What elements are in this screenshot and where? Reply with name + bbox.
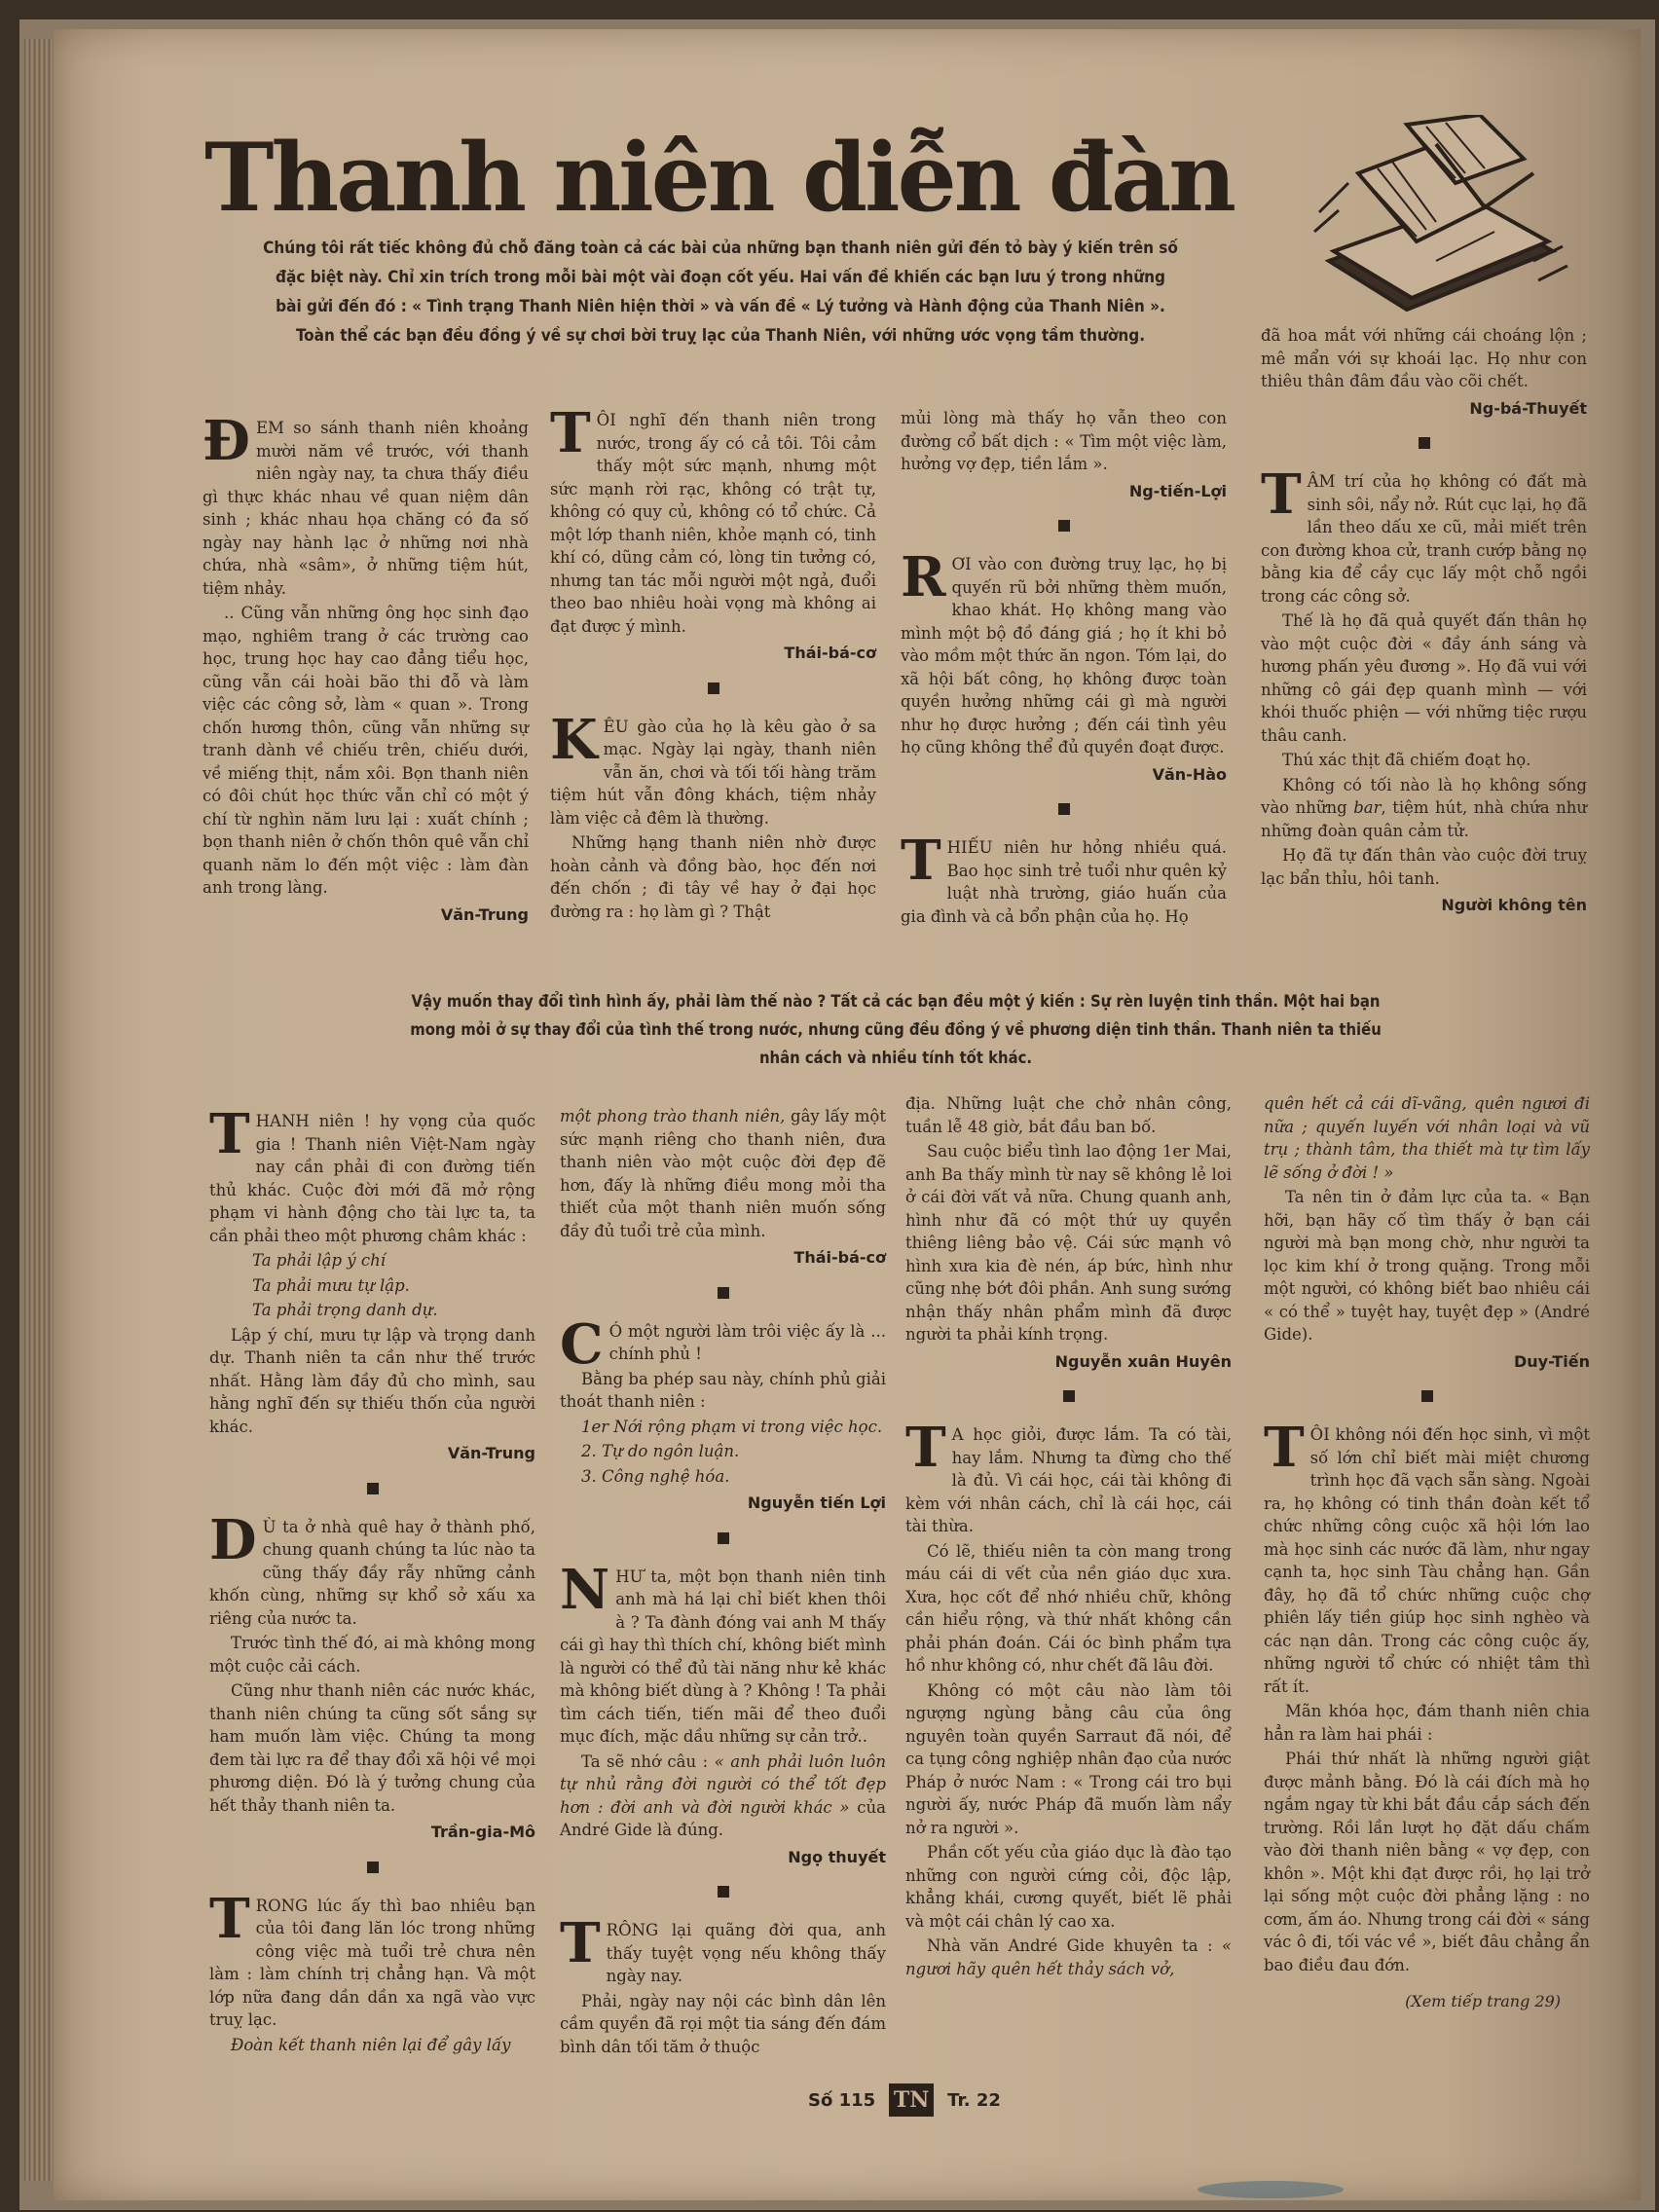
article-paragraph: Không có một câu nào làm tôi ngượng ngùn… <box>905 1679 1232 1840</box>
article-paragraph: Đoàn kết thanh niên lại để gây lấy <box>209 2034 535 2057</box>
author-signature: Văn-Trung <box>203 903 529 927</box>
author-signature: Ngọ thuyết <box>560 1846 886 1869</box>
editor-middle-note: Vậy muốn thay đổi tình hình ấy, phải làm… <box>389 987 1402 1072</box>
editor-intro: Chúng tôi rất tiếc không đủ chỗ đăng toà… <box>263 234 1178 350</box>
section-separator-icon <box>708 682 719 694</box>
article-paragraph: NHƯ ta, một bọn thanh niên tinh anh mà h… <box>560 1566 886 1749</box>
column-bottom-3: địa. Những luật che chở nhân công, tuần … <box>905 1092 1232 1982</box>
article-paragraph: TÔI nghĩ đến thanh niên trong nước, tron… <box>550 409 876 638</box>
motto-line: Ta phải mưu tự lập. <box>209 1274 535 1298</box>
article-paragraph: ĐEM so sánh thanh niên khoảng mười năm v… <box>203 417 529 600</box>
drop-cap: T <box>901 838 941 883</box>
drop-cap: T <box>560 1921 601 1966</box>
motto-line: Ta phải trọng danh dự. <box>209 1299 535 1322</box>
drop-cap: Đ <box>203 419 250 463</box>
article-paragraph: Phải, ngày nay nội các bình dân lên cầm … <box>560 1990 886 2059</box>
page-number: Tr. 22 <box>947 2090 1001 2111</box>
article-paragraph: THANH niên ! hy vọng của quốc gia ! Than… <box>209 1110 535 1247</box>
drop-cap: T <box>1261 472 1302 517</box>
author-signature: Văn-Hào <box>901 763 1227 787</box>
article-paragraph: CÓ một người làm trôi việc ấy là ... chí… <box>560 1320 886 1366</box>
article-paragraph: TA học giỏi, được lắm. Ta có tài, hay lắ… <box>905 1423 1232 1538</box>
ink-stain <box>1198 2181 1344 2198</box>
article-paragraph: Cũng như thanh niên các nước khác, thanh… <box>209 1679 535 1817</box>
author-signature: Duy-Tiến <box>1264 1350 1590 1374</box>
article-paragraph: DÙ ta ở nhà quê hay ở thành phố, chung q… <box>209 1516 535 1631</box>
magazine-logo-icon: TN <box>889 2083 934 2117</box>
author-signature: Nguyễn tiến Lợi <box>560 1492 886 1515</box>
article-paragraph: Có lẽ, thiếu niên ta còn mang trong máu … <box>905 1540 1232 1677</box>
drop-cap: T <box>550 411 591 456</box>
article-paragraph: TÔI không nói đến học sinh, vì một số lớ… <box>1264 1423 1590 1698</box>
list-item: 2. Tự do ngôn luận. <box>560 1440 886 1463</box>
section-separator-icon <box>1058 520 1070 532</box>
article-paragraph: Trước tình thế đó, ai mà không mong một … <box>209 1632 535 1677</box>
list-item: 3. Công nghệ hóa. <box>560 1465 886 1489</box>
column-top-1: ĐEM so sánh thanh niên khoảng mười năm v… <box>203 417 529 932</box>
article-paragraph: Lập ý chí, mưu tự lập và trọng danh dự. … <box>209 1324 535 1439</box>
article-paragraph: Ta sẽ nhớ câu : « anh phải luôn luôn tự … <box>560 1751 886 1842</box>
section-separator-icon <box>718 1287 729 1299</box>
article-paragraph: Thú xác thịt đã chiếm đoạt họ. <box>1261 749 1587 772</box>
section-separator-icon <box>718 1886 729 1898</box>
drop-cap: T <box>209 1897 250 1941</box>
article-paragraph: Bằng ba phép sau này, chính phủ giải tho… <box>560 1368 886 1414</box>
author-signature: Ng-bá-Thuyết <box>1261 397 1587 421</box>
continued-note: (Xem tiếp trang 29) <box>1264 1990 1590 2013</box>
author-signature: Thái-bá-cơ <box>550 642 876 665</box>
list-item: 1er Nới rộng phạm vi trong việc học. <box>560 1416 886 1439</box>
article-paragraph: địa. Những luật che chở nhân công, tuần … <box>905 1092 1232 1138</box>
article-paragraph: Họ đã tự đấn thân vào cuộc đời truỵ lạc … <box>1261 844 1587 890</box>
column-bottom-4: quên hết cả cái dĩ-vãng, quên ngươi đi n… <box>1264 1092 1590 2013</box>
drop-cap: T <box>209 1112 250 1157</box>
drop-cap: C <box>560 1322 604 1367</box>
section-separator-icon <box>718 1532 729 1544</box>
article-paragraph: mủi lòng mà thấy họ vẫn theo con đường c… <box>901 407 1227 476</box>
author-signature: Nguyễn xuân Huyên <box>905 1350 1232 1374</box>
column-top-4: đã hoa mắt với những cái choáng lộn ; mê… <box>1261 324 1587 923</box>
motto-line: Ta phải lập ý chí <box>209 1249 535 1272</box>
author-signature: Người không tên <box>1261 894 1587 917</box>
article-paragraph: THIẾU niên hư hỏng nhiều quá. Bao học si… <box>901 836 1227 928</box>
column-top-2: TÔI nghĩ đến thanh niên trong nước, tron… <box>550 409 876 925</box>
article-paragraph: Không có tối nào là họ không sống vào nh… <box>1261 774 1587 843</box>
drop-cap: N <box>560 1567 609 1612</box>
section-separator-icon <box>367 1483 379 1494</box>
drop-cap: K <box>550 718 598 762</box>
article-paragraph: .. Cũng vẫn những ông học sinh đạo mạo, … <box>203 602 529 900</box>
article-paragraph: đã hoa mắt với những cái choáng lộn ; mê… <box>1261 324 1587 393</box>
article-paragraph: RƠI vào con đường truỵ lạc, họ bị quyến … <box>901 553 1227 759</box>
author-signature: Văn-Trung <box>209 1442 535 1465</box>
article-paragraph: quên hết cả cái dĩ-vãng, quên ngươi đi n… <box>1264 1092 1590 1184</box>
issue-number: Số 115 <box>808 2090 875 2111</box>
article-paragraph: Ta nên tin ở đảm lực của ta. « Bạn hỡi, … <box>1264 1186 1590 1346</box>
article-paragraph: TRÔNG lại quãng đời qua, anh thấy tuyệt … <box>560 1919 886 1988</box>
article-paragraph: Mãn khóa học, đám thanh niên chia hẳn ra… <box>1264 1700 1590 1746</box>
article-paragraph: Thế là họ đã quả quyết đấn thân họ vào m… <box>1261 609 1587 747</box>
open-book-and-letters-icon <box>1290 115 1572 319</box>
column-bottom-1: THANH niên ! hy vọng của quốc gia ! Than… <box>209 1110 535 2058</box>
section-separator-icon <box>1421 1390 1433 1402</box>
article-paragraph: Nhà văn André Gide khuyên ta : « ngươi h… <box>905 1935 1232 1980</box>
article-paragraph: KÊU gào của họ là kêu gào ở sa mạc. Ngày… <box>550 716 876 830</box>
author-signature: Thái-bá-cơ <box>560 1246 886 1270</box>
column-top-3: mủi lòng mà thấy họ vẫn theo con đường c… <box>901 407 1227 930</box>
section-separator-icon <box>1058 803 1070 815</box>
section-separator-icon <box>1419 437 1430 449</box>
article-paragraph: Sau cuộc biểu tình lao động 1er Mai, anh… <box>905 1140 1232 1346</box>
page-footer: Số 115 TN Tr. 22 <box>808 2083 1001 2117</box>
column-bottom-2: một phong trào thanh niên, gây lấy một s… <box>560 1105 886 2060</box>
drop-cap: T <box>905 1425 946 1470</box>
author-signature: Ng-tiến-Lợi <box>901 480 1227 503</box>
section-separator-icon <box>1063 1390 1075 1402</box>
article-paragraph: TRONG lúc ấy thì bao nhiêu bạn của tôi đ… <box>209 1895 535 2032</box>
drop-cap: R <box>901 555 946 600</box>
drop-cap: D <box>209 1518 257 1563</box>
page-title: Thanh niên diễn đàn <box>204 131 1234 225</box>
page-stack-edge <box>24 39 55 2181</box>
article-paragraph: một phong trào thanh niên, gây lấy một s… <box>560 1105 886 1242</box>
article-paragraph: Phái thứ nhất là những người giật được m… <box>1264 1748 1590 1976</box>
section-separator-icon <box>367 1862 379 1873</box>
article-paragraph: Phần cốt yếu của giáo dục là đào tạo nhữ… <box>905 1841 1232 1933</box>
article-paragraph: Những hạng thanh niên nhờ được hoàn cảnh… <box>550 831 876 923</box>
author-signature: Trần-gia-Mô <box>209 1821 535 1844</box>
article-paragraph: TÂM trí của họ không có đất mà sinh sôi,… <box>1261 470 1587 608</box>
drop-cap: T <box>1264 1425 1305 1470</box>
